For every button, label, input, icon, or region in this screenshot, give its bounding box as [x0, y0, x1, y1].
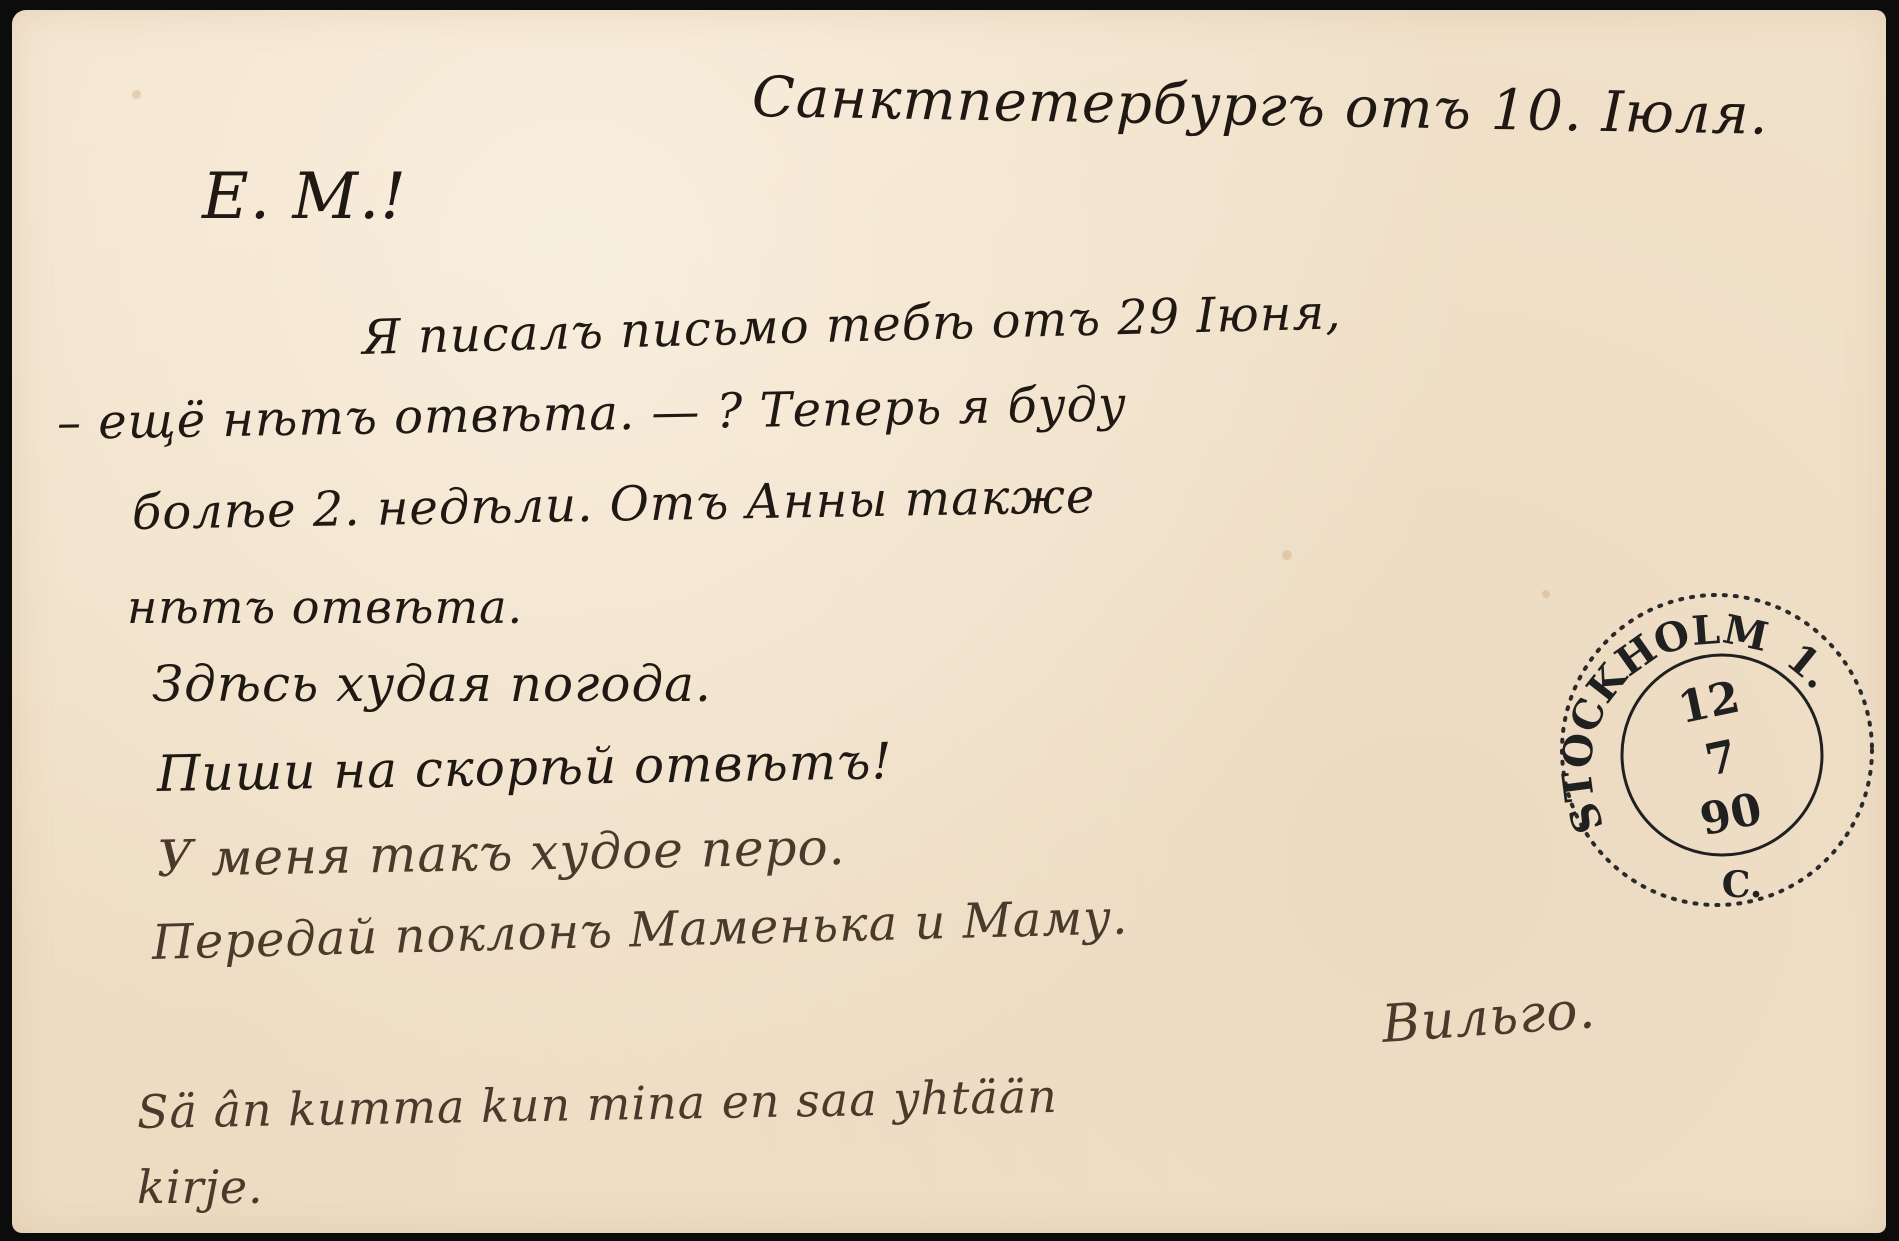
body-line-7: У меня такъ худое перо.	[156, 818, 845, 888]
postmark-series: C.	[1722, 864, 1763, 906]
postscript-line-1: Sä ân kumma kun mina en saa yhtään	[137, 1069, 1059, 1139]
place-date-line: Санктпетербургъ отъ 10. Іюля.	[751, 65, 1769, 148]
foxing-spot	[132, 90, 141, 99]
postmark-month: 7	[1701, 731, 1742, 787]
postcard: Санктпетербургъ отъ 10. Іюля. Е. М.! Я п…	[12, 10, 1886, 1233]
postmark-stamp: STOCKHOLM 1. 12 7 90 C.	[1552, 585, 1882, 915]
body-line-4: нѣтъ отвѣта.	[127, 580, 523, 634]
salutation: Е. М.!	[202, 160, 407, 234]
signature: Вильго.	[1380, 980, 1598, 1055]
body-line-6: Пиши на скорѣй отвѣтъ!	[156, 732, 893, 803]
postmark-day: 12	[1674, 672, 1744, 735]
body-line-3: болѣе 2. недѣли. Отъ Анны также	[132, 468, 1096, 541]
body-line-8: Передай поклонъ Маменька и Маму.	[151, 889, 1129, 971]
body-line-5: Здѣсь худая погода.	[152, 655, 712, 713]
body-line-2: – ещё нѣтъ отвѣта. — ? Теперь я буду	[57, 376, 1128, 451]
foxing-spot	[1282, 550, 1292, 560]
postmark-icon: STOCKHOLM 1. 12 7 90 C.	[1552, 585, 1882, 915]
body-line-1: Я писалъ письмо тебѣ отъ 29 Іюня,	[361, 284, 1342, 366]
foxing-spot	[1542, 590, 1550, 598]
postmark-year: 90	[1696, 784, 1766, 847]
postscript-line-2: kirje.	[137, 1160, 264, 1214]
